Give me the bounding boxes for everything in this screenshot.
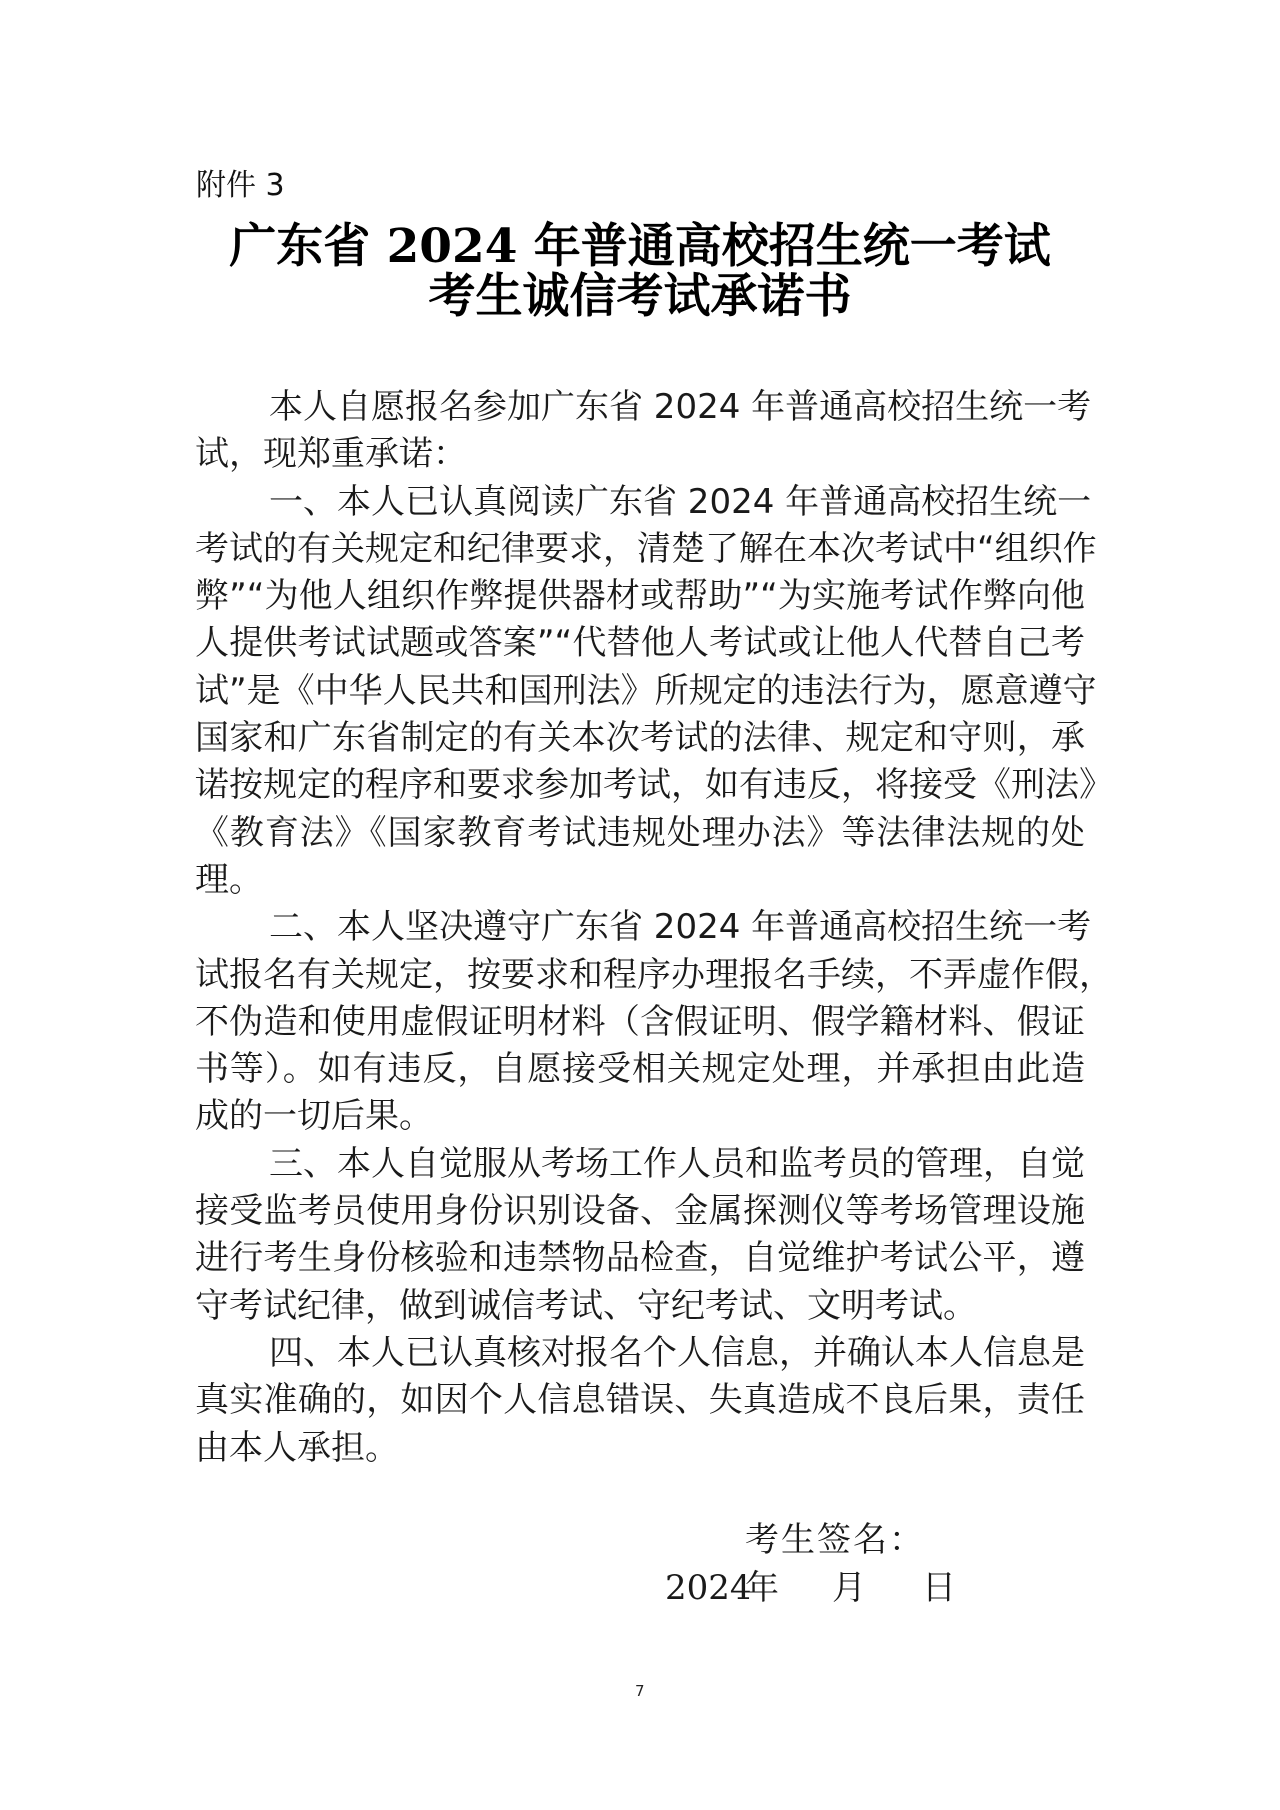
clause-3-line-1: 三、本人自觉服从考场工作人员和监考员的管理，自觉 — [195, 1141, 1085, 1188]
clause-2-line-3: 不伪造和使用虚假证明材料（含假证明、假学籍材料、假证 — [195, 999, 1085, 1046]
page-number: 7 — [635, 1681, 645, 1701]
date-year: 2024 — [665, 1566, 752, 1610]
clause-4-line-3: 由本人承担。 — [195, 1425, 1085, 1472]
clause-1-line-2: 考试的有关规定和纪律要求，清楚了解在本次考试中“组织作 — [195, 526, 1085, 573]
intro-line-2: 试，现郑重承诺： — [195, 431, 1085, 478]
document-title-line-2: 考生诚信考试承诺书 — [0, 272, 1280, 322]
clause-2-line-4: 书等）。如有违反，自愿接受相关规定处理，并承担由此造 — [195, 1046, 1085, 1093]
clause-2-line-5: 成的一切后果。 — [195, 1093, 1085, 1140]
pledge-body: 本人自愿报名参加广东省 2024 年普通高校招生统一考 试，现郑重承诺： 一、本… — [195, 384, 1085, 1472]
clause-1-line-7: 诺按规定的程序和要求参加考试，如有违反，将接受《刑法》 — [195, 762, 1085, 809]
clause-1-line-6: 国家和广东省制定的有关本次考试的法律、规定和守则，承 — [195, 715, 1085, 762]
document-page: 附件 3 广东省 2024 年普通高校招生统一考试 考生诚信考试承诺书 本人自愿… — [0, 0, 1280, 1810]
clause-1-line-1: 一、本人已认真阅读广东省 2024 年普通高校招生统一 — [195, 479, 1085, 526]
clause-4-line-1: 四、本人已认真核对报名个人信息，并确认本人信息是 — [195, 1330, 1085, 1377]
date-line: 2024 年 月 日 — [665, 1566, 965, 1610]
date-year-unit: 年 — [745, 1566, 779, 1610]
date-day-unit: 日 — [922, 1566, 956, 1610]
signature-label: 考生签名： — [745, 1518, 925, 1562]
clause-2-line-1: 二、本人坚决遵守广东省 2024 年普通高校招生统一考 — [195, 904, 1085, 951]
clause-1-line-3: 弊”“为他人组织作弊提供器材或帮助”“为实施考试作弊向他 — [195, 573, 1085, 620]
clause-1-line-4: 人提供考试试题或答案”“代替他人考试或让他人代替自己考 — [195, 620, 1085, 667]
clause-4-line-2: 真实准确的，如因个人信息错误、失真造成不良后果，责任 — [195, 1377, 1085, 1424]
intro-line-1: 本人自愿报名参加广东省 2024 年普通高校招生统一考 — [195, 384, 1085, 431]
clause-2-line-2: 试报名有关规定，按要求和程序办理报名手续，不弄虚作假， — [195, 952, 1085, 999]
clause-1-line-8: 《教育法》《国家教育考试违规处理办法》等法律法规的处 — [195, 810, 1085, 857]
clause-3-line-2: 接受监考员使用身份识别设备、金属探测仪等考场管理设施 — [195, 1188, 1085, 1235]
attachment-label: 附件 3 — [196, 166, 285, 206]
date-month-unit: 月 — [832, 1566, 866, 1610]
clause-3-line-4: 守考试纪律，做到诚信考试、守纪考试、文明考试。 — [195, 1283, 1085, 1330]
document-title-line-1: 广东省 2024 年普通高校招生统一考试 — [0, 222, 1280, 272]
clause-3-line-3: 进行考生身份核验和违禁物品检查，自觉维护考试公平，遵 — [195, 1235, 1085, 1282]
clause-1-line-9: 理。 — [195, 857, 1085, 904]
clause-1-line-5: 试”是《中华人民共和国刑法》所规定的违法行为，愿意遵守 — [195, 668, 1085, 715]
